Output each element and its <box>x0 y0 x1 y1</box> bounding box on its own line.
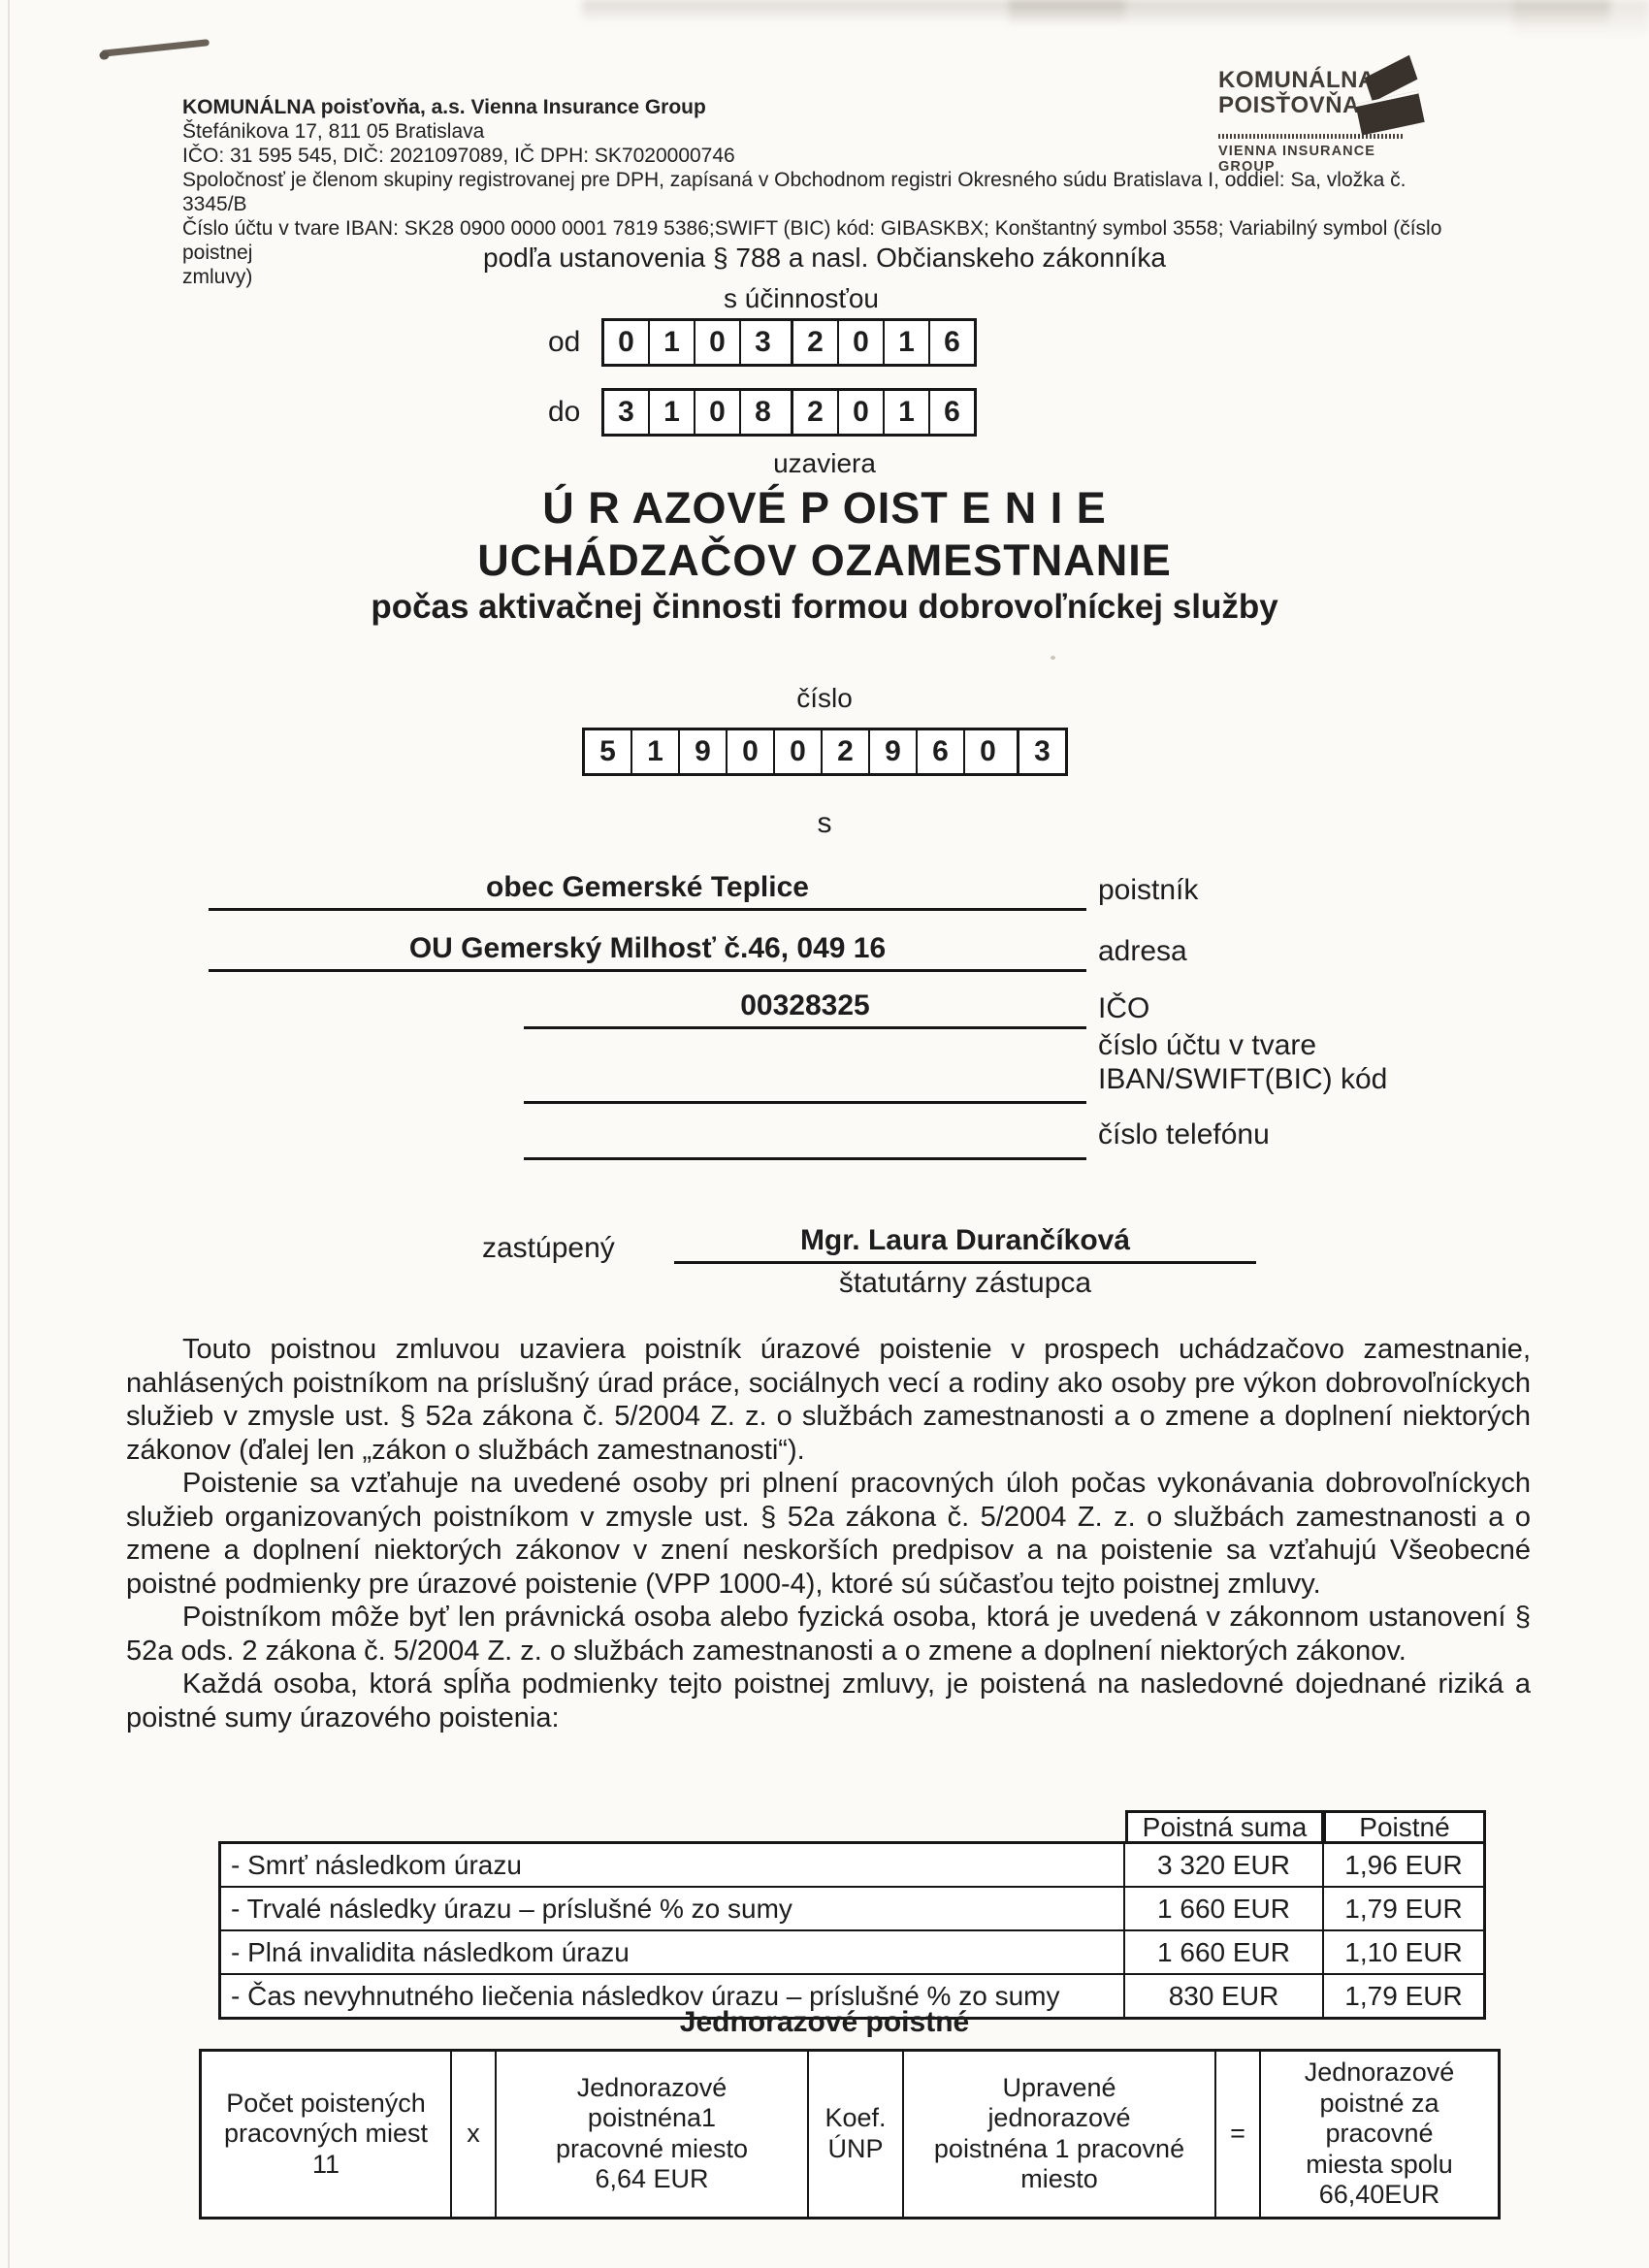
to-digit: 8 <box>739 391 785 434</box>
from-digit: 1 <box>883 321 928 364</box>
contract-digit: 9 <box>868 730 916 773</box>
risk-sum: 1 660 EUR <box>1125 1931 1324 1973</box>
contract-digit: 0 <box>726 730 773 773</box>
contract-digit: 5 <box>585 730 630 773</box>
scan-smudge <box>582 0 1125 23</box>
from-digit: 0 <box>837 321 883 364</box>
risk-premium: 1,10 EUR <box>1324 1931 1483 1973</box>
paragraph-2: Poistenie sa vzťahuje na uvedené osoby p… <box>126 1467 1531 1601</box>
from-digit: 2 <box>791 321 837 364</box>
ico-value: 00328325 <box>524 989 1086 1029</box>
contract-digit: 9 <box>678 730 726 773</box>
phone-label: číslo telefónu <box>1098 1118 1270 1151</box>
logo-divider <box>1218 134 1405 139</box>
equals-sign-cell: = <box>1216 2052 1261 2217</box>
table-row: - Trvalé následky úrazu – príslušné % zo… <box>221 1888 1483 1931</box>
scan-edge-line <box>8 0 10 2268</box>
risk-sum: 1 660 EUR <box>1125 1888 1324 1929</box>
to-digit: 6 <box>928 391 974 434</box>
to-date-boxes: 3 1 0 8 2 0 1 6 <box>601 388 977 437</box>
paragraph-3: Poistníkom môže byť len právnická osoba … <box>126 1601 1531 1668</box>
from-digit: 6 <box>928 321 974 364</box>
with-word: s <box>0 807 1649 840</box>
from-digit: 0 <box>694 321 739 364</box>
contract-body: Touto poistnou zmluvou uzaviera poistník… <box>126 1333 1531 1734</box>
multiply-sign-cell: x <box>452 2052 497 2217</box>
contract-number-boxes: 5 1 9 0 0 2 9 6 0 3 <box>582 728 1068 776</box>
address-label: adresa <box>1098 934 1187 968</box>
to-digit: 3 <box>604 391 648 434</box>
iban-label: číslo účtu v tvare IBAN/SWIFT(BIC) kód <box>1098 1028 1387 1096</box>
risk-table-body: - Smrť následkom úrazu 3 320 EUR 1,96 EU… <box>218 1841 1486 2020</box>
contract-number-label: číslo <box>0 683 1649 714</box>
effectivity-block: s účinnosťou od 0 1 0 3 2 0 1 6 do 3 1 0… <box>548 283 993 437</box>
risk-sum: 3 320 EUR <box>1125 1844 1324 1886</box>
contract-digit: 0 <box>963 730 1011 773</box>
contract-digit: 0 <box>773 730 821 773</box>
table-row: - Smrť následkom úrazu 3 320 EUR 1,96 EU… <box>221 1844 1483 1888</box>
from-date-boxes: 0 1 0 3 2 0 1 6 <box>601 318 977 367</box>
effectivity-to-row: do 3 1 0 8 2 0 1 6 <box>548 388 993 437</box>
risk-name: - Plná invalidita následkom úrazu <box>221 1931 1125 1973</box>
one-time-premium-title: Jednorazové poistné <box>0 2006 1649 2039</box>
document-title-line1: Ú R AZOVÉ P OIST E N I E <box>0 483 1649 534</box>
to-digit: 0 <box>837 391 883 434</box>
logo-wordmark: KOMUNÁLNA POISŤOVŇA <box>1218 68 1354 118</box>
one-time-premium-table: Počet poistených pracovných miest 11 x J… <box>199 2049 1501 2219</box>
to-digit: 2 <box>791 391 837 434</box>
to-digit: 1 <box>648 391 694 434</box>
contract-digit: 6 <box>916 730 963 773</box>
risk-name: - Trvalé následky úrazu – príslušné % zo… <box>221 1888 1125 1929</box>
insured-seats-cell: Počet poistených pracovných miest 11 <box>202 2052 452 2217</box>
table-row: - Plná invalidita následkom úrazu 1 660 … <box>221 1931 1483 1975</box>
logo-line1: KOMUNÁLNA <box>1218 68 1354 93</box>
premium-per-seat-cell: Jednorazové poistnéna1 pracovné miesto 6… <box>497 2052 809 2217</box>
representative-name: Mgr. Laura Durančíková <box>674 1224 1256 1264</box>
from-digit: 0 <box>604 321 648 364</box>
from-label: od <box>548 326 601 359</box>
scan-smudge <box>1513 0 1649 39</box>
sender-registration: Spoločnosť je členom skupiny registrovan… <box>182 168 1472 216</box>
risk-premium: 1,79 EUR <box>1324 1888 1483 1929</box>
risk-table: Poistná suma Poistné - Smrť následkom úr… <box>218 1810 1486 2020</box>
risk-premium: 1,96 EUR <box>1324 1844 1483 1886</box>
paragraph-4: Každá osoba, ktorá spĺňa podmienky tejto… <box>126 1668 1531 1734</box>
document-title-line2: UCHÁDZAČOV OZAMESTNANIE <box>0 535 1649 586</box>
column-header-sum: Poistná suma <box>1125 1810 1324 1841</box>
column-header-premium: Poistné <box>1324 1810 1486 1841</box>
represented-by-label: zastúpený <box>482 1232 615 1265</box>
scan-speck <box>1051 656 1055 660</box>
document-title-line3: počas aktivačnej činnosti formou dobrovo… <box>0 588 1649 627</box>
paragraph-1: Touto poistnou zmluvou uzaviera poistník… <box>126 1333 1531 1467</box>
logo-mark-icon <box>1356 68 1426 128</box>
to-digit: 1 <box>883 391 928 434</box>
contract-digit: 1 <box>630 730 678 773</box>
logo-line2: POISŤOVŇA <box>1218 93 1354 118</box>
contract-digit: 2 <box>821 730 868 773</box>
legal-basis: podľa ustanovenia § 788 a nasl. Občiansk… <box>0 243 1649 274</box>
risk-name: - Smrť následkom úrazu <box>221 1844 1125 1886</box>
policyholder-value: obec Gemerské Teplice <box>209 871 1086 911</box>
ico-label: IČO <box>1098 991 1149 1025</box>
to-label: do <box>548 396 601 429</box>
iban-value <box>524 1064 1086 1104</box>
logo-group-name: VIENNA INSURANCE GROUP <box>1218 144 1408 175</box>
adjusted-premium-cell: Upravené jednorazové poistnéna 1 pracovn… <box>904 2052 1216 2217</box>
company-logo: KOMUNÁLNA POISŤOVŇA VIENNA INSURANCE GRO… <box>1218 68 1426 175</box>
total-premium-cell: Jednorazové poistné za pracovné miesta s… <box>1261 2052 1498 2217</box>
to-digit: 0 <box>694 391 739 434</box>
phone-value <box>524 1120 1086 1160</box>
risk-table-header: Poistná suma Poistné <box>1125 1810 1486 1841</box>
contract-digit: 3 <box>1017 730 1065 773</box>
policyholder-label: poistník <box>1098 873 1198 907</box>
coefficient-cell: Koef. ÚNP <box>809 2052 904 2217</box>
effectivity-from-row: od 0 1 0 3 2 0 1 6 <box>548 318 993 367</box>
pen-mark-artifact <box>101 39 210 57</box>
representative-role: štatutárny zástupca <box>674 1267 1256 1300</box>
from-digit: 1 <box>648 321 694 364</box>
scanned-insurance-contract: KOMUNÁLNA poisťovňa, a.s. Vienna Insuran… <box>0 0 1649 2268</box>
address-value: OU Gemerský Milhosť č.46, 049 16 <box>209 932 1086 972</box>
effectivity-title: s účinnosťou <box>609 283 993 314</box>
from-digit: 3 <box>739 321 785 364</box>
concludes-word: uzaviera <box>0 448 1649 479</box>
scan-smudge <box>1009 0 1610 27</box>
